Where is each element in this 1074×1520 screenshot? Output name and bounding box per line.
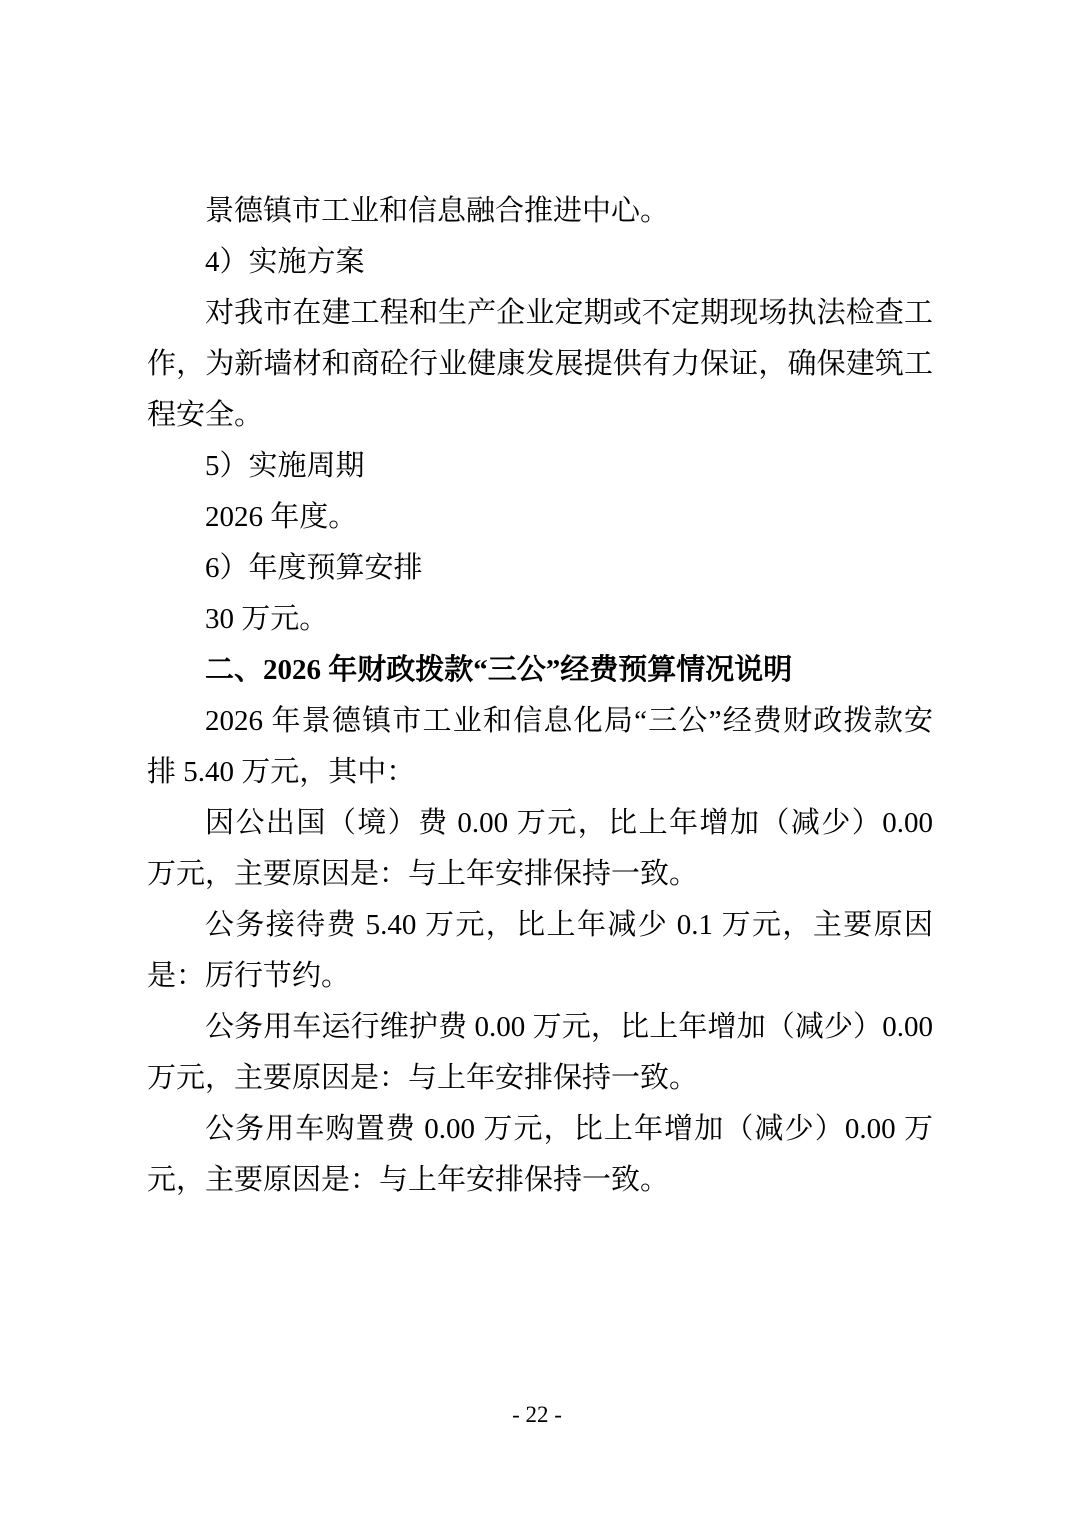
paragraph: 30 万元。 bbox=[147, 594, 933, 645]
document-body: 景德镇市工业和信息融合推进中心。4）实施方案对我市在建工程和生产企业定期或不定期… bbox=[147, 186, 933, 1206]
paragraph: 公务接待费 5.40 万元，比上年减少 0.1 万元，主要原因是：厉行节约。 bbox=[147, 900, 933, 1002]
section-heading: 二、2026 年财政拨款“三公”经费预算情况说明 bbox=[147, 645, 933, 696]
paragraph: 5）实施周期 bbox=[147, 441, 933, 492]
paragraph: 4）实施方案 bbox=[147, 237, 933, 288]
paragraph: 因公出国（境）费 0.00 万元，比上年增加（减少）0.00 万元，主要原因是：… bbox=[147, 798, 933, 900]
page-number: - 22 - bbox=[0, 1400, 1074, 1430]
paragraph: 公务用车购置费 0.00 万元，比上年增加（减少）0.00 万元，主要原因是：与… bbox=[147, 1104, 933, 1206]
paragraph: 景德镇市工业和信息融合推进中心。 bbox=[147, 186, 933, 237]
document-page: 景德镇市工业和信息融合推进中心。4）实施方案对我市在建工程和生产企业定期或不定期… bbox=[0, 0, 1074, 1520]
paragraph: 6）年度预算安排 bbox=[147, 543, 933, 594]
paragraph: 2026 年景德镇市工业和信息化局“三公”经费财政拨款安排 5.40 万元，其中… bbox=[147, 696, 933, 798]
paragraph: 2026 年度。 bbox=[147, 492, 933, 543]
paragraph: 对我市在建工程和生产企业定期或不定期现场执法检查工作，为新墙材和商砼行业健康发展… bbox=[147, 288, 933, 441]
paragraph: 公务用车运行维护费 0.00 万元，比上年增加（减少）0.00 万元，主要原因是… bbox=[147, 1002, 933, 1104]
